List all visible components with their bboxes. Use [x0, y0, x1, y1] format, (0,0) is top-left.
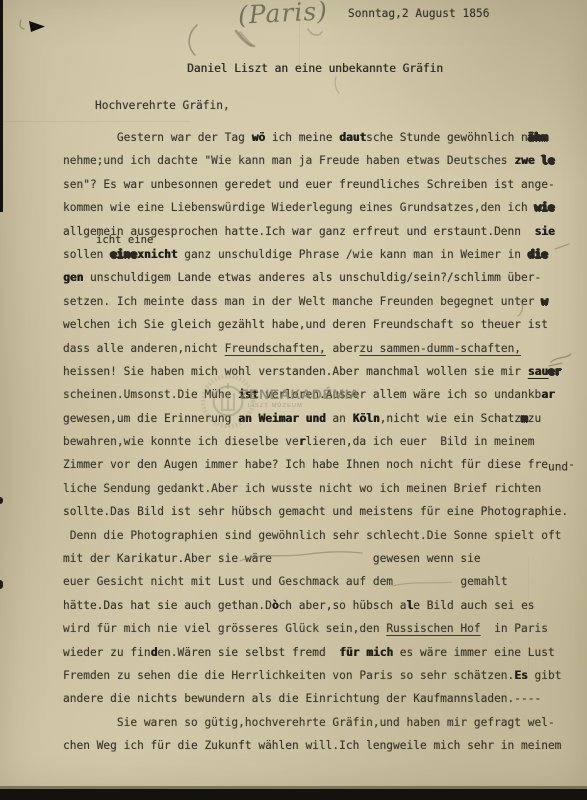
letter-line: hätte.Das hat sie auch gethan.Dòch aber,… [63, 594, 583, 617]
letter-line: Sie waren so gütig,hochverehrte Gräfin,u… [63, 711, 583, 734]
letter-line: welchen ich Sie gleich gezählt habe,und … [63, 313, 583, 336]
scanned-letter-page: { "colors":{"paper":"#cfc6a7","ink":"#38… [0, 0, 587, 800]
letter-line: dass alle anderen,nicht Freundschaften, … [63, 337, 583, 360]
letter-line: euer Gesicht nicht mit Lust und Geschmac… [63, 570, 583, 593]
letter-line: liche Sendung gedankt.Aber ich wusste ni… [63, 477, 583, 500]
date-line: Sonntag,2 August 1856 [348, 7, 489, 20]
letter-line: sollen einexnicht ganz unschuldige Phras… [63, 243, 583, 266]
letter-line: wird für mich nie viel grösseres Glück s… [63, 617, 583, 640]
letter-line: sen"? Es war unbesonnen geredet und euer… [63, 173, 583, 196]
letter-line: gen unschuldigem Lande etwas anderes als… [63, 266, 583, 289]
letter-line: Zimmer vor den Augen immer habe? Ich hab… [63, 453, 583, 476]
letter-line: wieder zu finden.Wären sie selbst fremd … [63, 641, 583, 664]
letter-line: Denn die Photographien sind gewöhnlich s… [63, 524, 583, 547]
scan-edge-left [0, 0, 3, 212]
letter-line: kommen wie eine Liebenswürdige Wiederleg… [63, 196, 583, 219]
letter-line: sollte.Das Bild ist sehr hübsch gemacht … [63, 500, 583, 523]
letter-line: gewesen,um die Erinnerung an Weimar und … [63, 407, 583, 430]
letter-line: Gestern war der Tag wö ich meine dautsch… [63, 126, 583, 149]
letter-line: allgemein ausgesprochen hatte.Ich war ga… [63, 220, 583, 243]
letter-line: heissen! Sie haben mich wohl verstanden.… [63, 360, 583, 383]
letter-line: chen Weg ich für die Zukunft wählen will… [63, 734, 583, 757]
salutation: Hochverehrte Gräfin, [95, 99, 230, 112]
letter-line: mit der Karikatur.Aber sie wäre gewesen … [63, 547, 583, 570]
letter-line: Fremden zu sehen die die Herrlichkeiten … [63, 664, 583, 687]
letter-line: scheinen.Umsonst.Die Mühe ist verloren.A… [63, 383, 583, 406]
letter-line: bewahren,wie konnte ich dieselbe verlier… [63, 430, 583, 453]
letter-line: setzen. Ich meinte dass man in der Welt … [63, 290, 583, 313]
letter-line: andere die nichts bewundern als die Einr… [63, 687, 583, 710]
letter-line: nehme;und ich dachte "Wie kann man ja Fr… [63, 149, 583, 172]
letter-title: Daniel Liszt an eine unbekannte Gräfin [187, 62, 443, 75]
letter-body: Gestern war der Tag wö ich meine dautsch… [63, 126, 583, 758]
scan-edge-bottom [0, 789, 587, 800]
